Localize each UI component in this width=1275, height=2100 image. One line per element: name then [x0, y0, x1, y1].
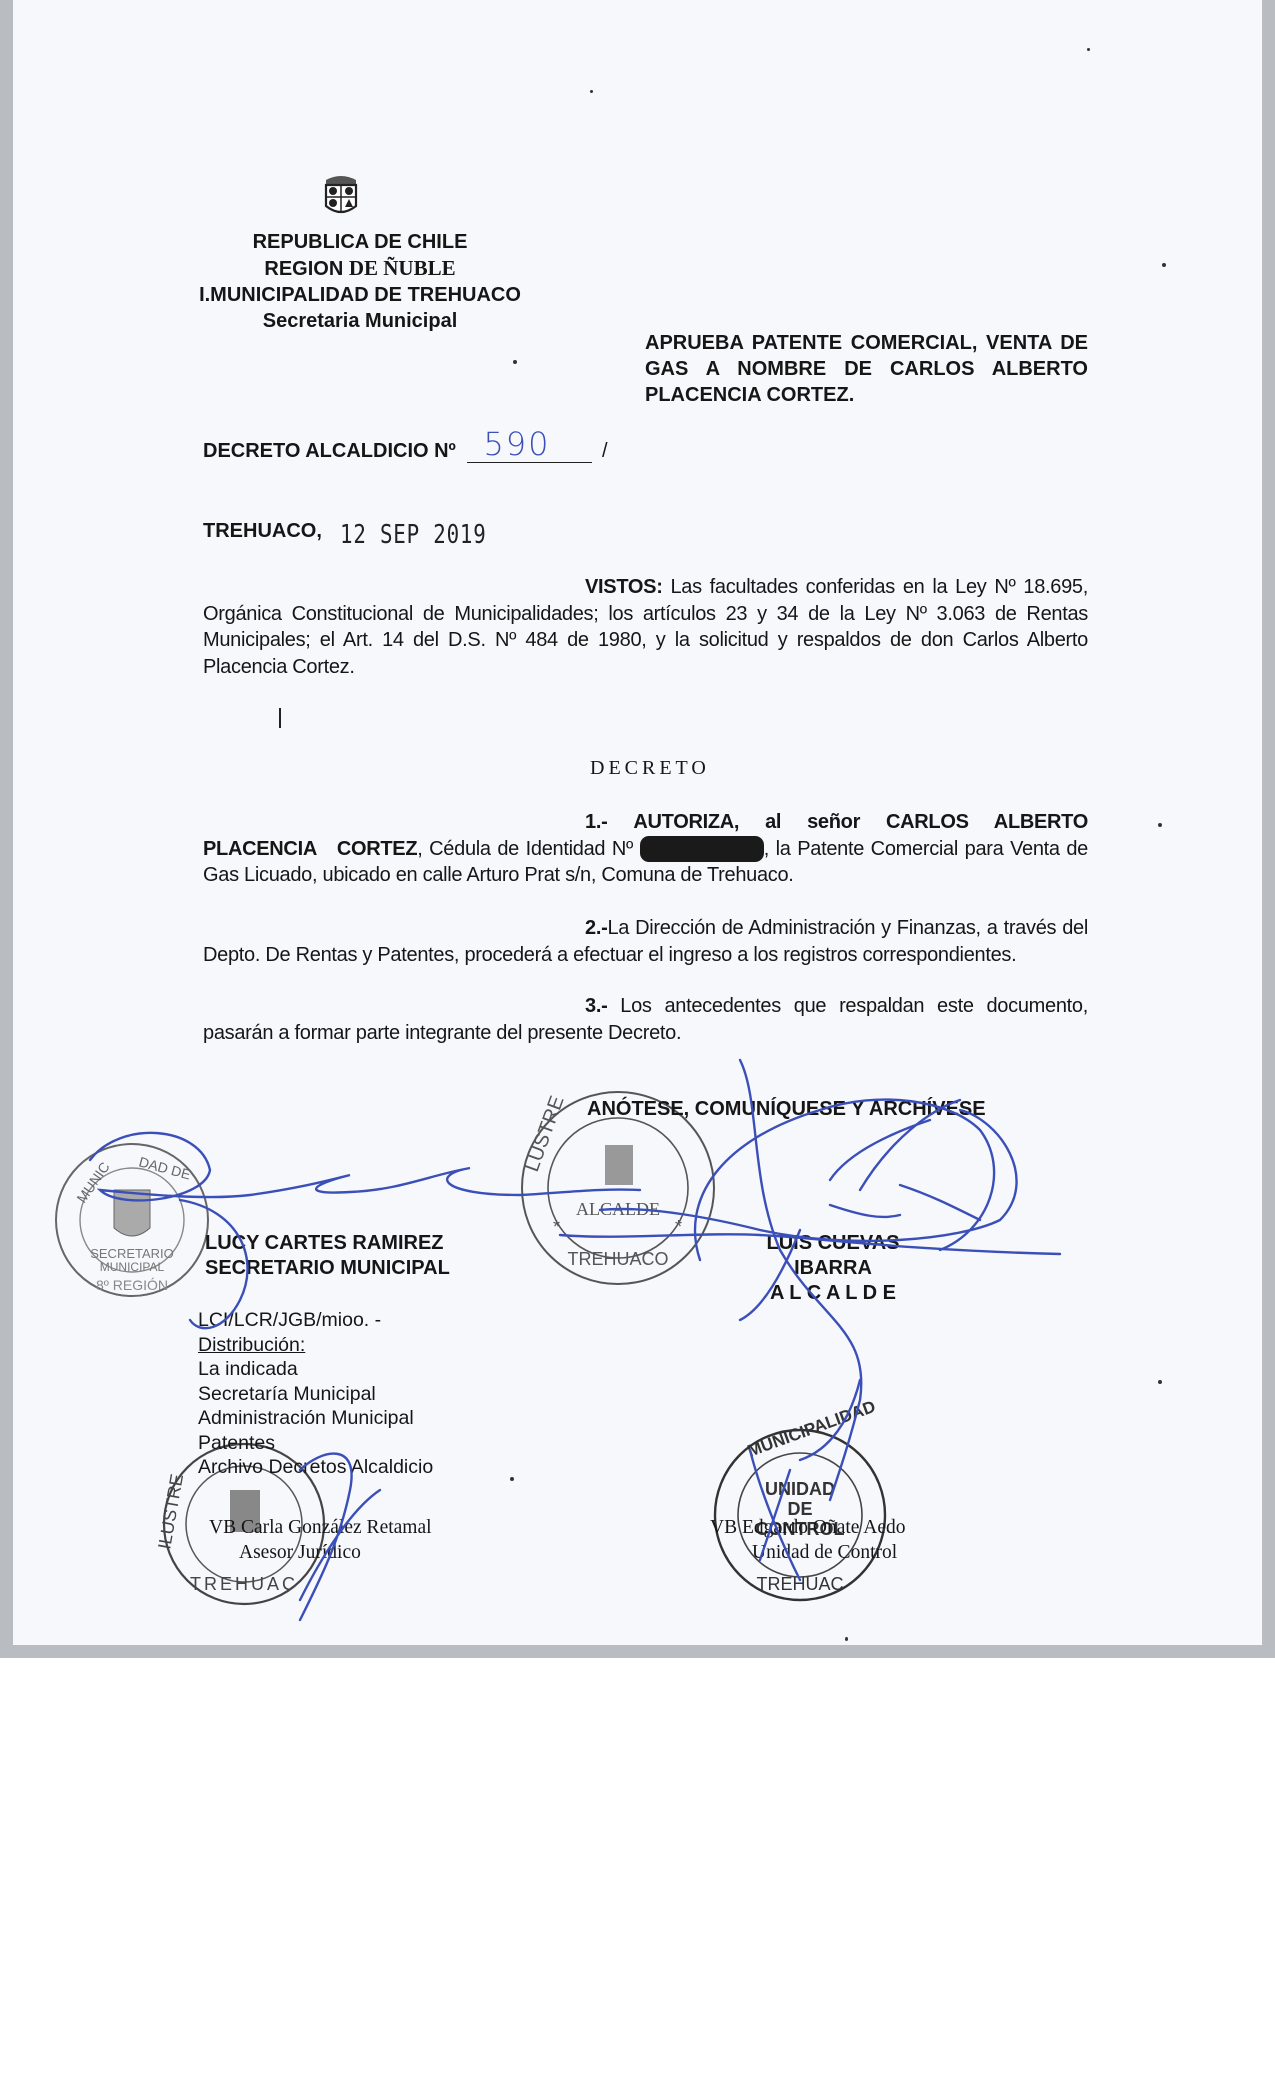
- handwritten-signatures: [0, 0, 1275, 1660]
- scan-speck: [1158, 823, 1162, 827]
- scan-speck: [1162, 263, 1166, 267]
- scan-speck: [590, 90, 593, 93]
- scan-speck: [1158, 1380, 1162, 1384]
- scan-speck: [1087, 48, 1090, 51]
- scan-speck: [513, 360, 517, 364]
- scan-speck: [510, 1477, 514, 1481]
- scan-speck: [845, 1637, 848, 1641]
